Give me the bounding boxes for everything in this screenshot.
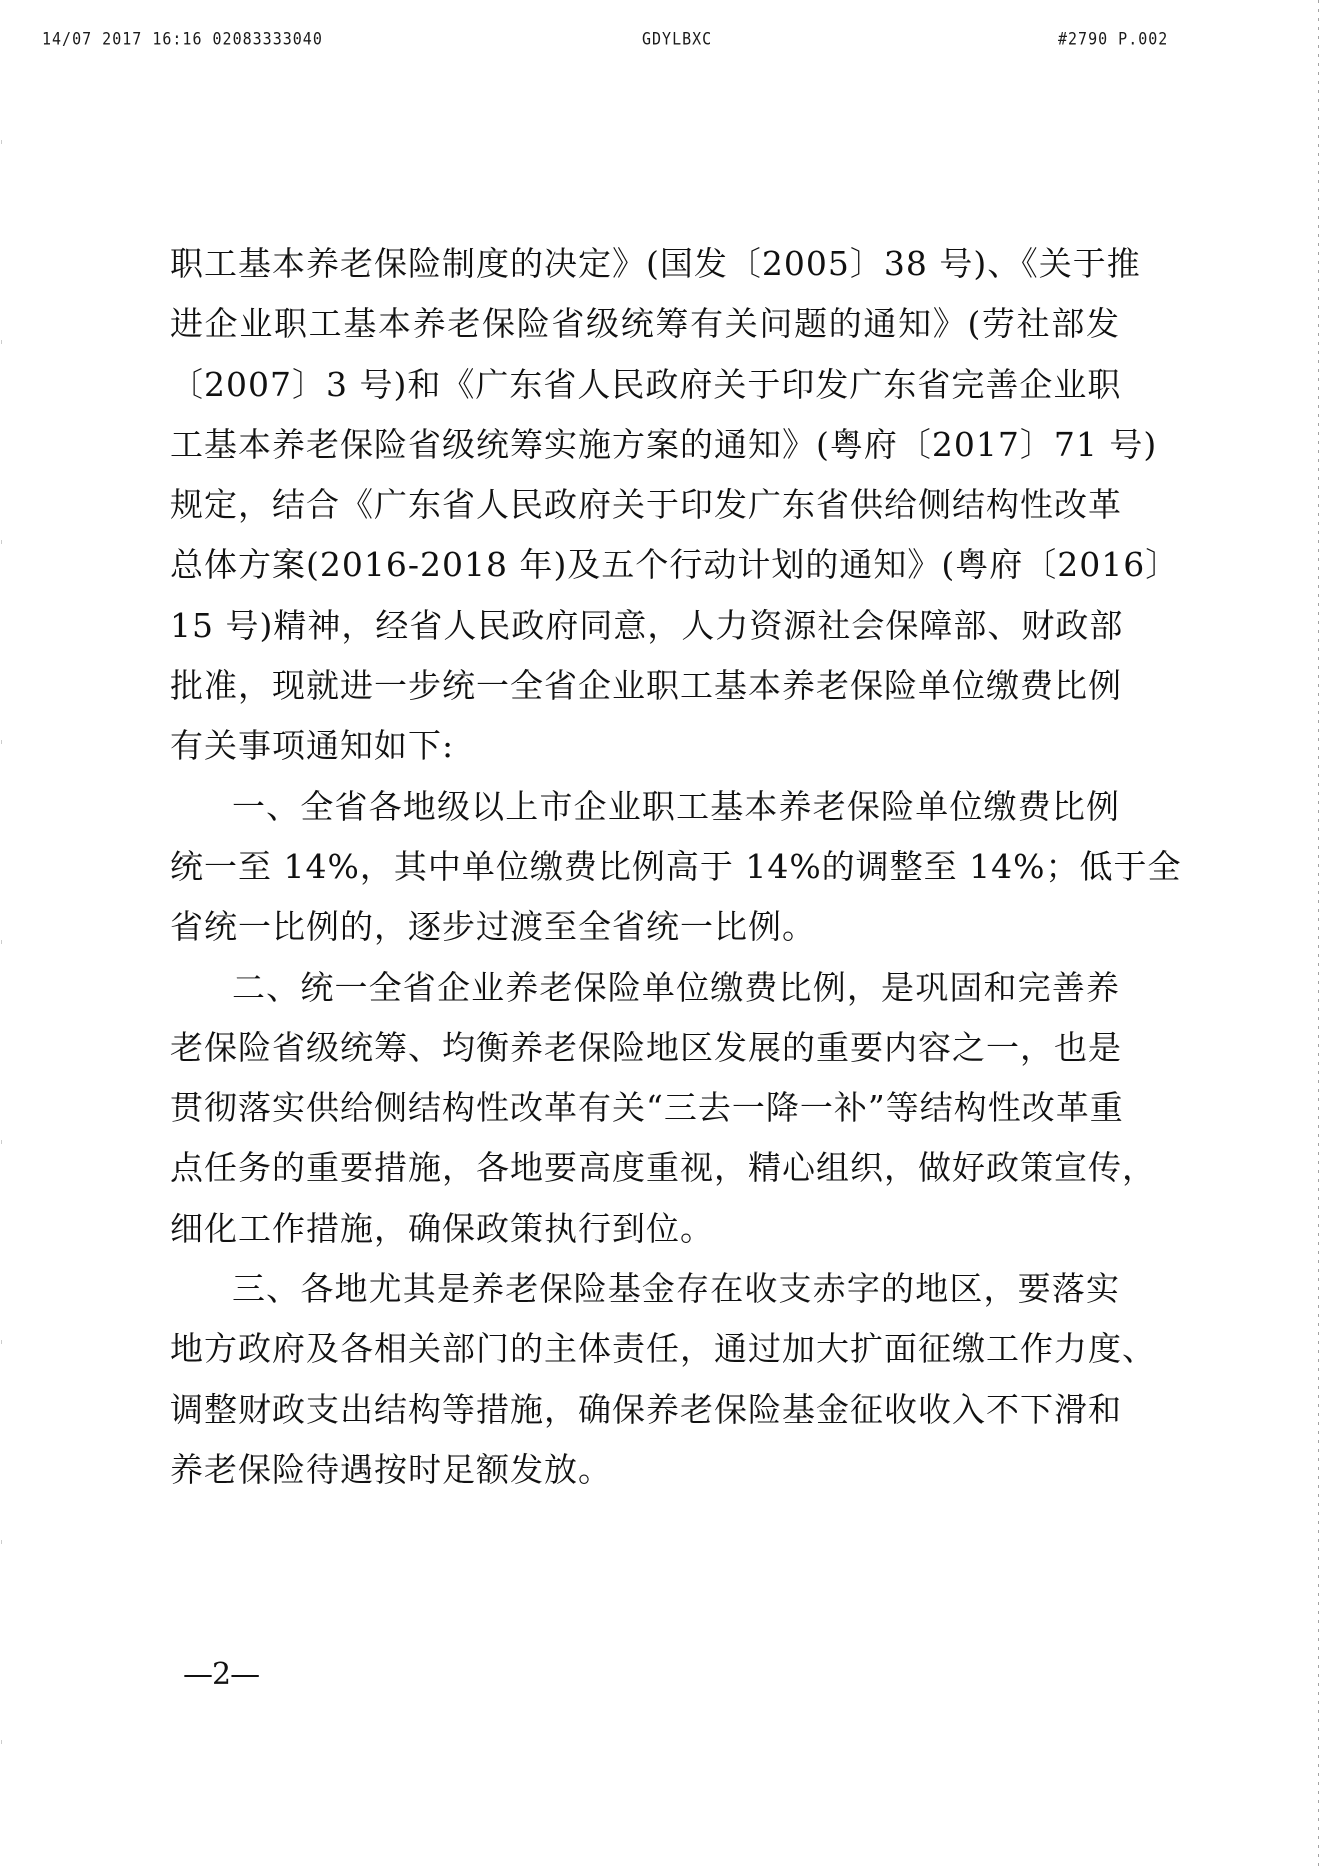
text-line: 点任务的重要措施，各地要高度重视，精心组织，做好政策宣传，: [170, 1138, 1120, 1198]
section-two-heading-line: 二、统一全省企业养老保险单位缴费比例，是巩固和完善养: [170, 958, 1120, 1018]
text-line: 进企业职工基本养老保险省级统筹有关问题的通知》(劳社部发: [170, 294, 1120, 354]
text-line: 15 号)精神，经省人民政府同意，人力资源社会保障部、财政部: [170, 596, 1120, 656]
text-line: 地方政府及各相关部门的主体责任，通过加大扩面征缴工作力度、: [170, 1319, 1120, 1379]
text-line: 总体方案(2016-2018 年)及五个行动计划的通知》(粤府〔2016〕: [170, 535, 1120, 595]
text-line: 细化工作措施，确保政策执行到位。: [170, 1199, 1120, 1259]
section-three-heading-line: 三、各地尤其是养老保险基金存在收支赤字的地区，要落实: [170, 1259, 1120, 1319]
text-line: 老保险省级统筹、均衡养老保险地区发展的重要内容之一，也是: [170, 1018, 1120, 1078]
text-line: 贯彻落实供给侧结构性改革有关“三去一降一补”等结构性改革重: [170, 1078, 1120, 1138]
fax-header: 14/07 2017 16:16 02083333040 GDYLBXC #27…: [0, 28, 1322, 56]
text-line: 调整财政支出结构等措施，确保养老保险基金征收收入不下滑和: [170, 1380, 1120, 1440]
text-line: 有关事项通知如下:: [170, 716, 1120, 776]
text-line: 职工基本养老保险制度的决定》(国发〔2005〕38 号)、《关于推: [170, 234, 1120, 294]
fax-sender-id: GDYLBXC: [642, 28, 712, 49]
fax-datetime-number: 14/07 2017 16:16 02083333040: [42, 28, 323, 49]
section-one-heading-line: 一、全省各地级以上市企业职工基本养老保险单位缴费比例: [170, 777, 1120, 837]
text-line: 〔2007〕3 号)和《广东省人民政府关于印发广东省完善企业职: [170, 355, 1120, 415]
text-line: 统一至 14%，其中单位缴费比例高于 14%的调整至 14%；低于全: [170, 837, 1120, 897]
text-line: 养老保险待遇按时足额发放。: [170, 1440, 1120, 1500]
document-body: 职工基本养老保险制度的决定》(国发〔2005〕38 号)、《关于推 进企业职工基…: [170, 234, 1120, 1500]
text-line: 规定，结合《广东省人民政府关于印发广东省供给侧结构性改革: [170, 475, 1120, 535]
scan-edge-left: [1, 0, 2, 1869]
text-line: 省统一比例的，逐步过渡至全省统一比例。: [170, 897, 1120, 957]
text-line: 工基本养老保险省级统筹实施方案的通知》(粤府〔2017〕71 号): [170, 415, 1120, 475]
text-line: 批准，现就进一步统一全省企业职工基本养老保险单位缴费比例: [170, 656, 1120, 716]
fax-job-page: #2790 P.002: [1058, 28, 1168, 49]
scan-edge-right: [1318, 0, 1319, 1869]
page-number: —2—: [183, 1657, 259, 1692]
